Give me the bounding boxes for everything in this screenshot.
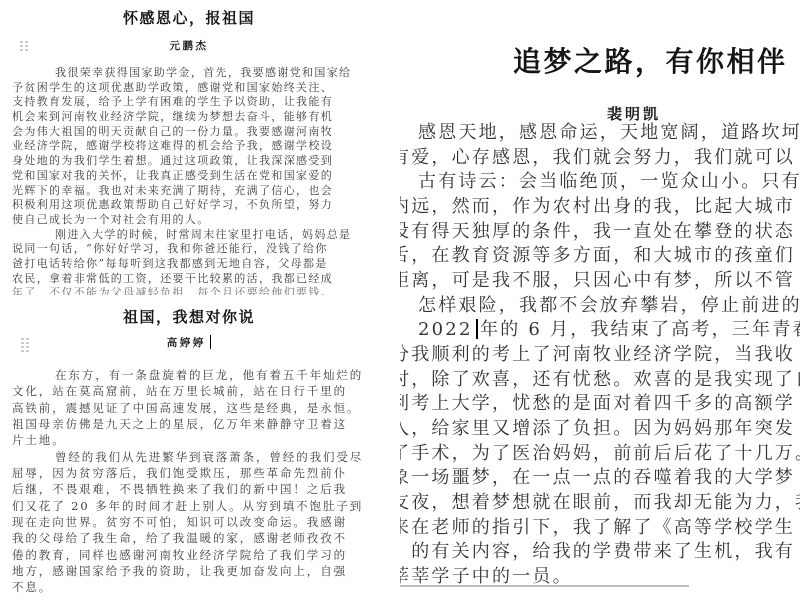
text-line[interactable]: 片土地。: [12, 432, 363, 448]
text-line[interactable]: 们又花了 20 多年的时间才赶上别人。从穷到填不饱肚子到: [12, 498, 363, 514]
text-line[interactable]: 高铁前，震撼见证了中国高速发展，这些是经典，是永恒。: [12, 400, 363, 416]
text-cursor: [476, 319, 479, 339]
text-line[interactable]: 不息。: [12, 579, 363, 595]
author-name: 高婷婷: [167, 337, 206, 349]
text-line[interactable]: 屈辱，因为贫穷落后，我们饱受欺压，那些革命先烈前仆: [12, 465, 363, 481]
text-line[interactable]: 在东方，有一条盘旋着的巨龙，他有着五千年灿烂的: [12, 367, 363, 383]
text-before-cursor: 2022: [418, 319, 473, 340]
text-line[interactable]: 年了，不仅不能为父母减轻负担，每个月还要给他们要钱。: [12, 286, 351, 295]
text-line[interactable]: 倦的教育，同样也感谢河南牧业经济学院给了我们学习的: [12, 547, 363, 563]
document-canvas: { "colors": { "body_text": "#3c3c3c", "t…: [0, 0, 800, 600]
text-line[interactable]: 身处地的为我们学生着想。通过这项政策，让我深深感受到: [12, 154, 351, 169]
essay2-title[interactable]: 祖国，我想对你说: [0, 306, 378, 327]
right-page-content: 追梦之路，有你相伴 裴明凯 感恩天地，感恩命运，天地宽阔，道路坎坷有爱，心存感恩…: [400, 0, 800, 600]
text-cursor: [210, 335, 212, 349]
text-line[interactable]: 予贫困学生的这项优惠助学政策，感谢党和国家始终关注、: [12, 81, 351, 96]
text-line[interactable]: 文化，站在莫高窟前，站在万里长城前，站在日行千里的: [12, 383, 363, 399]
essay2-author[interactable]: 高婷婷: [0, 335, 378, 350]
text-line[interactable]: 有爱，心存感恩，我们就会努力，我们就可以: [400, 146, 800, 171]
text-line[interactable]: 古有诗云：会当临绝顶，一览众山小。只有: [400, 170, 800, 195]
text-line[interactable]: 距离，可是我不服，只因心中有梦，所以不管: [400, 269, 800, 294]
text-line[interactable]: 刚进入大学的时候，时常周末往家里打电话，妈妈总是: [12, 228, 351, 243]
right-page[interactable]: 追梦之路，有你相伴 裴明凯 感恩天地，感恩命运，天地宽阔，道路坎坷有爱，心存感恩…: [400, 0, 800, 600]
text-line[interactable]: 农民，拿着非常低的工资，还要干比较累的活，我都已经成: [12, 272, 351, 287]
text-line[interactable]: 积极利用这项优惠政策帮助自己好好学习，不负所望，努力: [12, 198, 351, 213]
essay3-title[interactable]: 追梦之路，有你相伴: [513, 40, 788, 80]
text-line[interactable]: 舌，在教育资源等多方面，和大城市的孩童们: [400, 244, 800, 269]
text-line[interactable]: 光辉下的幸福。我也对未来充满了期待，充满了信心，也会: [12, 184, 351, 199]
essay2-body[interactable]: 在东方，有一条盘旋着的巨龙，他有着五千年灿烂的文化，站在莫高窟前，站在万里长城前…: [12, 367, 363, 596]
text-line[interactable]: 我很荣幸获得国家助学金，首先，我要感谢党和国家给: [12, 66, 351, 81]
text-line[interactable]: 机会来到河南牧业经济学院，继续为梦想去奋斗，能够有机: [12, 110, 351, 125]
text-line[interactable]: 了手术，为了医治妈妈，前前后后花了十几万。: [400, 442, 800, 467]
essay1-author[interactable]: 元鹏杰: [0, 38, 378, 53]
text-line[interactable]: 支持教育发展，给予上学有困难的学生予以资助，让我能有: [12, 95, 351, 110]
text-line[interactable]: 我的父母给了我生命，给了我温暖的家，感谢老师孜孜不: [12, 530, 363, 546]
text-line[interactable]: 分我顺利的考上了河南牧业经济学院，当我收: [400, 343, 800, 368]
text-line[interactable]: 说同一句话，“你好好学习，我和你爸还能行，没钱了给你: [12, 242, 351, 257]
text-line[interactable]: 内远，然而，作为农村出身的我，比起大城市: [400, 195, 800, 220]
text-line[interactable]: 祖国母亲仿佛是九天之上的星辰，亿万年来静静守卫着这: [12, 416, 363, 432]
text-line[interactable]: 2022年的 6 月，我结束了高考，三年青春终: [400, 318, 800, 343]
text-line[interactable]: 现在走向世界。贫穷不可怕，知识可以改变命运。我感谢: [12, 514, 363, 530]
left-page[interactable]: 怀感恩心，报祖国 元鹏杰 我很荣幸获得国家助学金，首先，我要感谢党和国家给予贫困…: [0, 0, 400, 600]
text-line[interactable]: 怎样艰险，我都不会放弃攀岩，停止前进的: [400, 294, 800, 319]
text-line[interactable]: 曾经的我们从先进繁华到衰落萧条，曾经的我们受尽: [12, 449, 363, 465]
text-line[interactable]: 入，给家里又增添了负担。因为妈妈那年突发: [400, 417, 800, 442]
essay1-body[interactable]: 我很荣幸获得国家助学金，首先，我要感谢党和国家给予贫困学生的这项优惠助学政策，感…: [12, 66, 351, 295]
text-line[interactable]: 时，除了欢喜，还有忧愁。欢喜的是我实现了自: [400, 368, 800, 393]
text-line[interactable]: 使自己成长为一个对社会有用的人。: [12, 213, 351, 228]
text-line[interactable]: 象一场噩梦，在一点一点的吞噬着我的大学梦: [400, 466, 800, 491]
essay3-body[interactable]: 感恩天地，感恩命运，天地宽阔，道路坎坷有爱，心存感恩，我们就会努力，我们就可以古…: [400, 121, 800, 589]
essay1-title[interactable]: 怀感恩心，报祖国: [0, 7, 378, 28]
text-line[interactable]: 业经济学院，感谢学校将这难得的机会给予我，感谢学校设: [12, 139, 351, 154]
text-line[interactable]: 来在老师的指引下，我了解了《高等学校学生: [400, 516, 800, 541]
text-line[interactable]: 党和国家对我的关怀，让我真正感受到生活在党和国家爱的: [12, 169, 351, 184]
text-line[interactable]: 利考上大学，忧愁的是面对着四千多的高额学: [400, 392, 800, 417]
trailing-underline: [400, 585, 689, 587]
text-line[interactable]: 地方，感谢国家给予我的资助，让我更加奋发向上，自强: [12, 563, 363, 579]
text-after-cursor: 年的 6 月，我结束了高考，三年青春终: [480, 319, 800, 340]
text-line[interactable]: 没有得天独厚的条件，我一直处在攀登的状态: [400, 220, 800, 245]
text-line[interactable]: 后继，不畏艰难，不畏牺牲换来了我们的新中国！之后我: [12, 481, 363, 497]
text-line[interactable]: 会为伟大祖国的明天贡献自己的一份力量。我要感谢河南牧: [12, 125, 351, 140]
text-line[interactable]: 感恩天地，感恩命运，天地宽阔，道路坎坷: [400, 121, 800, 146]
text-line[interactable]: 友夜，想着梦想就在眼前，而我却无能为力，我: [400, 491, 800, 516]
text-line[interactable]: 爸打电话转给你”每每听到这我都感到无地自容，父母都是: [12, 257, 351, 272]
text-line[interactable]: 》的有关内容，给我的学费带来了生机，我有: [400, 540, 800, 565]
